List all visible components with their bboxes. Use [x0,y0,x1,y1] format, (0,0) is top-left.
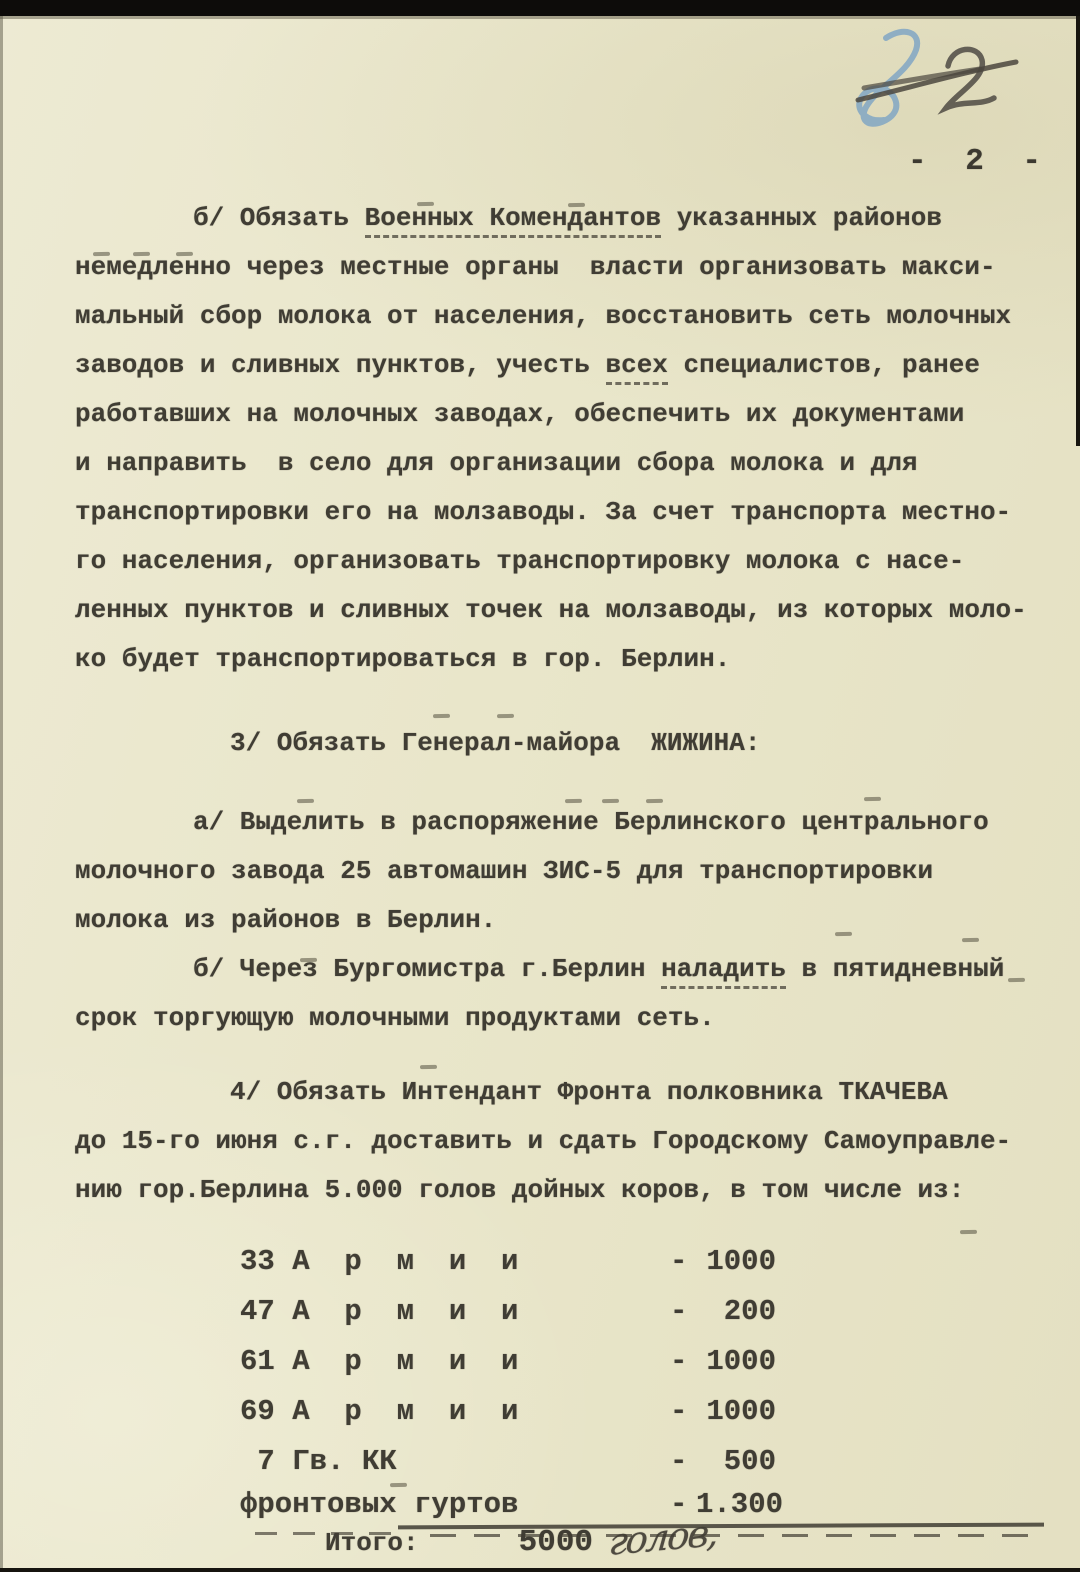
document-line: транспортировки его на молзаводы. За сче… [75,488,1052,537]
unit-label: 33 А р м и и [240,1237,670,1286]
typed-text: 4/ Обязать Интендант Фронта полковника Т… [230,1077,948,1107]
document-line: нию гор.Берлина 5.000 голов дойных коров… [75,1166,1052,1215]
stray-dash-mark [133,252,150,256]
stray-dash-mark [417,202,434,206]
typed-text: молока из районов в Берлин. [75,905,496,935]
paragraph: 3/ Обязать Генерал-майора ЖИЖИНА: [75,719,1052,768]
dash-separator: - [670,1287,696,1336]
document-line: немедленно через местные органы власти о… [75,243,1052,292]
stray-dash-mark [835,932,852,936]
unit-label: фронтовых гуртов [240,1480,670,1529]
handwritten-page-mark-2 [828,24,1038,144]
typed-text: и направить в село для организации сбора… [75,448,918,478]
document-line: и направить в село для организации сбора… [75,439,1052,488]
document-line: ко будет транспортироваться в гор. Берли… [75,635,1052,684]
stray-dash-mark [497,714,514,718]
document-line: ленных пунктов и сливных точек на молзав… [75,586,1052,635]
paragraphs: б/ Обязать Военных Комендантов указанных… [75,194,1052,1215]
stray-dash-mark [962,938,979,942]
document-line: работавших на молочных заводах, обеспечи… [75,390,1052,439]
paragraph: б/ Через Бургомистра г.Берлин наладить в… [75,945,1052,1043]
scan-edge-right [1076,16,1080,446]
stray-dash-mark [176,252,193,256]
typed-text: мальный сбор молока от населения, восста… [75,301,1011,331]
document-line: до 15-го июня с.г. доставить и сдать Гор… [75,1117,1052,1166]
typed-text: срок торгующую молочными продуктами сеть… [75,1003,715,1033]
typed-text: ко будет транспортироваться в гор. Берли… [75,644,730,674]
allocation-table: 33 А р м и и-100047 А р м и и-20061 А р … [240,1236,1052,1529]
document-line: молочного завода 25 автомашин ЗИС-5 для … [75,847,1052,896]
typed-text: го населения, организовать транспортиров… [75,546,964,576]
table-row: 61 А р м и и-1000 [240,1336,1052,1386]
underlined-text: Военных Комендантов [365,203,661,238]
typed-text: работавших на молочных заводах, обеспечи… [75,399,964,429]
scan-edge-top-shadow [0,16,1080,19]
underlined-text: наладить [661,954,786,989]
total-separator-dashes [430,1534,1030,1537]
typed-text: молочного завода 25 автомашин ЗИС-5 для … [75,856,933,886]
stray-dash-mark [297,799,314,803]
document-line: мальный сбор молока от населения, восста… [75,292,1052,341]
dash-separator: - [670,1387,696,1436]
stray-dash-mark [864,797,881,801]
document-line: срок торгующую молочными продуктами сеть… [75,994,1052,1043]
head-count: 200 [696,1287,776,1336]
typed-text: а/ Выделить в распоряжение Берлинского ц… [193,807,989,837]
table-row: 47 А р м и и-200 [240,1286,1052,1336]
paragraph: 4/ Обязать Интендант Фронта полковника Т… [75,1068,1052,1215]
table-row: 33 А р м и и-1000 [240,1236,1052,1286]
stray-dash-mark [602,799,619,803]
stray-dash-mark [960,1230,977,1234]
dash-separator: - [670,1337,696,1386]
typed-text: указанных районов [661,203,942,233]
stray-dash-mark [300,958,317,962]
typed-text: ленных пунктов и сливных точек на молзав… [75,595,1027,625]
scan-edge-top [0,0,1080,16]
typed-text: до 15-го июня с.г. доставить и сдать Гор… [75,1126,1011,1156]
typed-text: нию гор.Берлина 5.000 голов дойных коров… [75,1175,964,1205]
unit-label: 61 А р м и и [240,1337,670,1386]
paragraph: б/ Обязать Военных Комендантов указанных… [75,194,1052,684]
dash-separator: - [670,1437,696,1486]
document-line: заводов и сливных пунктов, учесть всех с… [75,341,1052,390]
typed-text: б/ Через Бургомистра г.Берлин [193,954,661,984]
typed-text: заводов и сливных пунктов, учесть [75,350,606,380]
typed-text: транспортировки его на молзаводы. За сче… [75,497,1011,527]
typed-text: б/ Обязать [193,203,365,233]
head-count: 1000 [696,1387,776,1436]
document-line: б/ Обязать Военных Комендантов указанных… [75,194,1052,243]
stray-dash-mark [568,203,585,207]
unit-label: 69 А р м и и [240,1387,670,1436]
head-count: 500 [696,1437,776,1486]
typed-text: специалистов, ранее [668,350,980,380]
typed-text: 3/ Обязать Генерал-майора ЖИЖИНА: [230,728,761,758]
typed-text: в пятидневный [786,954,1004,984]
unit-label: 47 А р м и и [240,1287,670,1336]
document-line: 3/ Обязать Генерал-майора ЖИЖИНА: [75,719,1052,768]
document-page: - 2 - б/ Обязать Военных Комендантов ука… [0,0,1080,1572]
dash-separator: - [670,1237,696,1286]
stray-dash-mark [433,714,450,718]
scan-edge-bottom [0,1568,1080,1572]
paragraph: а/ Выделить в распоряжение Берлинского ц… [75,798,1052,945]
stray-dash-mark [93,252,110,256]
last-row-underline [255,1532,397,1535]
stray-dash-mark [565,799,582,803]
head-count: 1000 [696,1337,776,1386]
underlined-text: всех [606,350,668,385]
stray-dash-mark [390,1483,407,1487]
document-line: а/ Выделить в распоряжение Берлинского ц… [75,798,1052,847]
table-row: 69 А р м и и-1000 [240,1386,1052,1436]
stray-dash-mark [1008,978,1025,982]
document-body: б/ Обязать Военных Комендантов указанных… [75,194,1052,1568]
scan-edge-left [0,16,3,1572]
head-count: 1000 [696,1237,776,1286]
document-line: молока из районов в Берлин. [75,896,1052,945]
typed-text: немедленно через местные органы власти о… [75,252,996,282]
document-line: го населения, организовать транспортиров… [75,537,1052,586]
unit-label: 7 Гв. КК [240,1437,670,1486]
stray-dash-mark [420,1065,437,1069]
document-line: 4/ Обязать Интендант Фронта полковника Т… [75,1068,1052,1117]
document-line: б/ Через Бургомистра г.Берлин наладить в… [75,945,1052,994]
page-number: - 2 - [908,144,1051,179]
handwritten-total-note: голов, [607,1508,719,1567]
stray-dash-mark [646,799,663,803]
